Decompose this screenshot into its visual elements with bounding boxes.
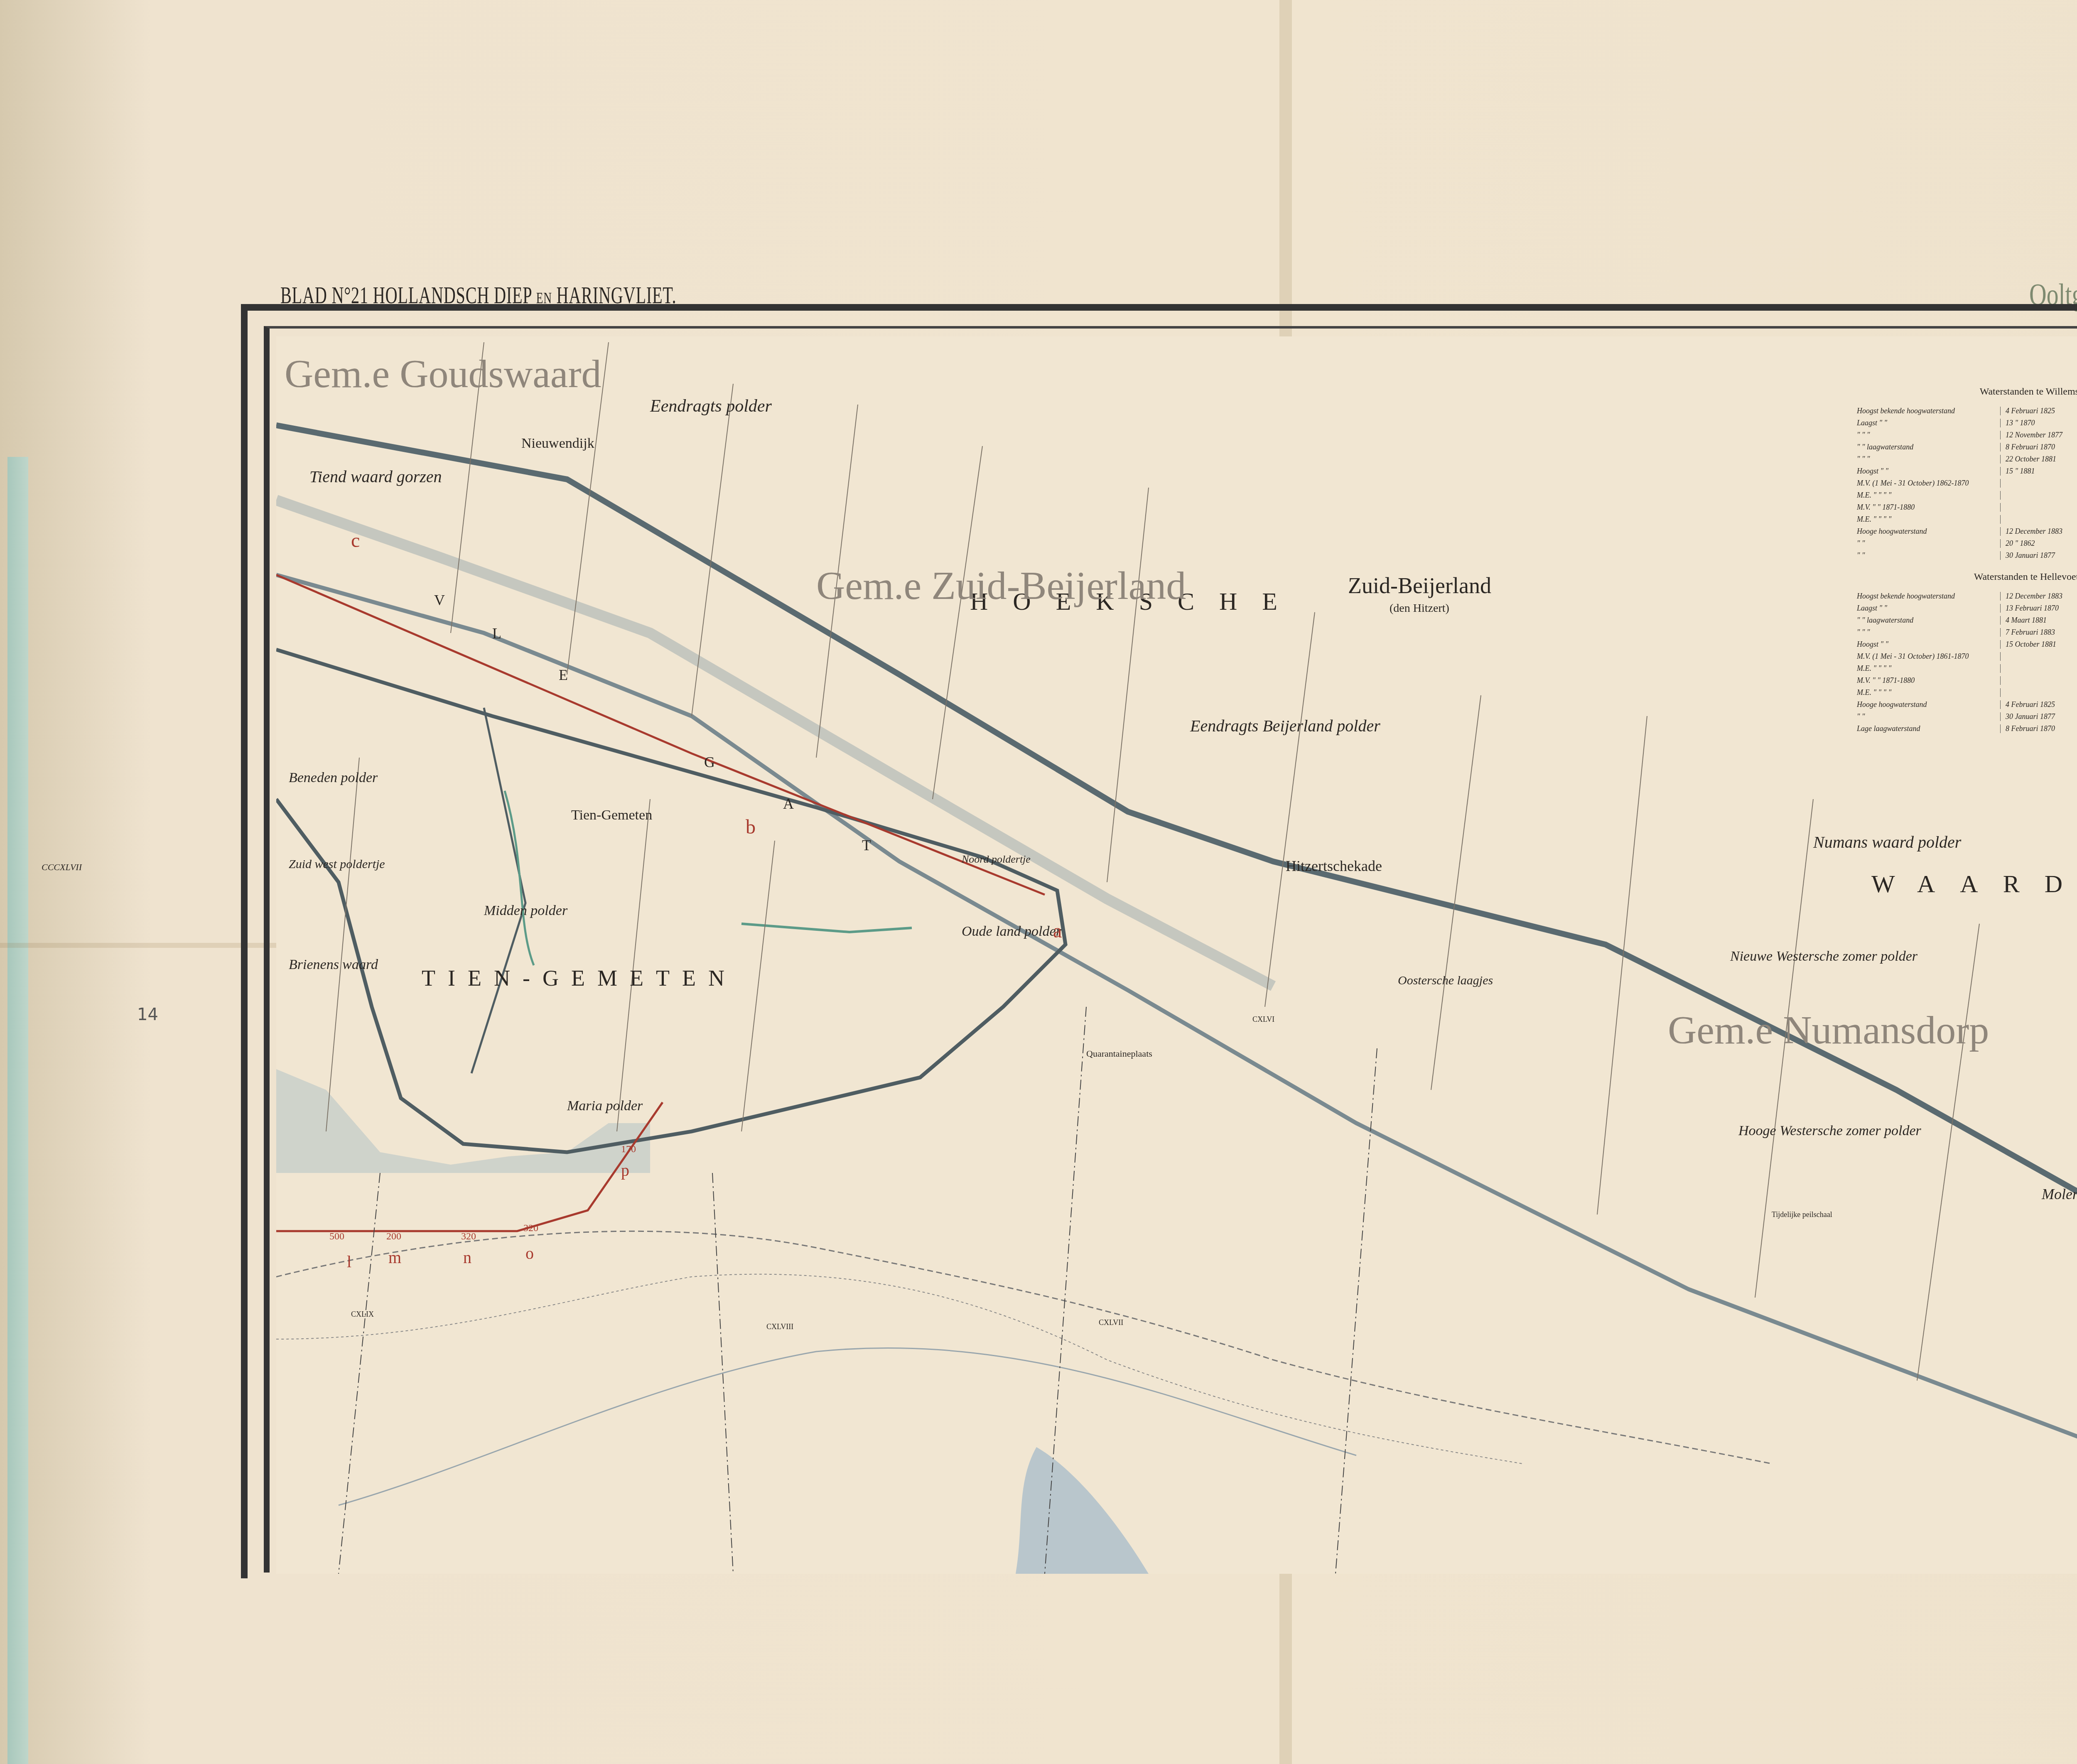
map-sheet: BLAD N°21 HOLLANDSCH DIEP EN HARINGVLIET… — [0, 0, 2077, 1764]
peilschaal-label: Tijdelijke peilschaal — [1772, 1210, 1832, 1219]
water-level-table-willemstad: Waterstanden te Willemstad Hoogst bekend… — [1857, 386, 2077, 735]
river-letter: V — [434, 591, 445, 609]
region-label-zuid-beijerland: Zuid-Beijerland — [1348, 573, 1491, 599]
station-label: CXLIX — [351, 1310, 374, 1319]
polder-label: Noord poldertje — [962, 853, 1031, 866]
table-row: " " laagwaterstand4 Maart 18812.09 " - "… — [1857, 614, 2077, 626]
polder-label: Brienens waard — [289, 957, 378, 973]
conservation-tape-left — [7, 457, 28, 1764]
section-letter: m — [388, 1248, 401, 1267]
station-label: CXLVIII — [766, 1322, 793, 1331]
region-sublabel: (den Hitzert) — [1390, 602, 1449, 615]
section-letter: p — [621, 1160, 629, 1180]
polder-label: Beneden polder — [289, 770, 378, 786]
river-letter: E — [559, 666, 568, 684]
table-row: M.E. " " " "0.71 " - " " — [1857, 513, 2077, 525]
municipality-label: Gem.e Goudswaard — [285, 351, 601, 397]
municipality-label: Gem.e Numansdorp — [1668, 1007, 1989, 1053]
table-row: Hooge hoogwaterstand4 Februari 18253.14 … — [1857, 699, 2077, 711]
region-label-tien-gemeten: TIEN-GEMETEN — [422, 965, 737, 991]
place-label: Quarantaineplaats — [1086, 1048, 1152, 1059]
section-letter: l — [347, 1252, 351, 1271]
section-value: 200 — [386, 1231, 401, 1242]
polder-label: Maria polder — [567, 1098, 643, 1114]
polder-label: Tiend waard gorzen — [309, 467, 442, 486]
polder-label: Nieuwe Westersche zomer polder — [1730, 949, 1917, 964]
table-title: Waterstanden te Willemstad — [1857, 386, 2077, 397]
table-row: M.V. " " 1871-18800.99 " + " " — [1857, 675, 2077, 687]
place-label: Nieuwendijk — [521, 436, 594, 451]
map-area: Zuid-Beijerland (den Hitzert) HOEKSCHE W… — [276, 336, 2077, 1574]
table-row: " "30 Januari 18773.18 " + " " — [1857, 711, 2077, 723]
section-letter: c — [351, 529, 360, 552]
section-value: 170 — [621, 1144, 636, 1155]
polder-label: Zuid west poldertje — [289, 857, 385, 871]
place-label: Hitzertschekade — [1286, 857, 1382, 875]
polder-label: Eendragts polder — [650, 396, 772, 416]
pencil-number: 14 — [137, 1005, 158, 1024]
table-row: Hoogst bekende hoogwaterstand4 Februari … — [1857, 405, 2077, 417]
municipality-label: Gem.e Zuid-Beijerland — [816, 562, 1186, 608]
river-letter: L — [492, 625, 501, 642]
table-row: " " "12 November 18770.20 " - " " — [1857, 429, 2077, 441]
polder-label: Hooge Westersche zomer polder — [1738, 1123, 1921, 1139]
section-letter: o — [525, 1244, 534, 1263]
section-letter: n — [463, 1248, 471, 1267]
polder-label: Oostersche laagjes — [1398, 974, 1493, 988]
polder-label: Molen polder — [2042, 1185, 2077, 1203]
place-label: Tien-Gemeten — [571, 807, 652, 823]
section-value: 500 — [329, 1231, 344, 1242]
station-label: CXLVII — [1099, 1318, 1123, 1327]
section-value: 320 — [523, 1223, 538, 1234]
table-row: M.E. " " " "0.77 " - " " — [1857, 662, 2077, 675]
table-row: " " laagwaterstand8 Februari 18702.00 " … — [1857, 441, 2077, 453]
river-letter: A — [783, 795, 794, 812]
river-letter: G — [704, 753, 715, 771]
table-row: M.V. " " 1871-18801.28 " + " " — [1857, 501, 2077, 513]
section-value: 320 — [461, 1231, 476, 1242]
table-row: " "20 " 18623.30 " + " " — [1857, 537, 2077, 550]
table-row: M.E. " " " "0.74 " - " " — [1857, 687, 2077, 699]
table-row: M.E. " " " "0.77 " - " " — [1857, 489, 2077, 501]
table-row: " " "7 Februari 18832.09 " - " " — [1857, 626, 2077, 638]
margin-station: CCCXLVII — [42, 862, 82, 873]
table-row: Lage laagwaterstand8 Februari 18702.05 "… — [1857, 723, 2077, 735]
region-label-waard: WAARD — [1871, 870, 2077, 898]
table-row: Hoogst " "15 October 18811.97 " + " " — [1857, 638, 2077, 650]
section-letter: b — [746, 816, 756, 839]
river-letter: T — [862, 837, 871, 854]
table-row: Laagst " "13 Februari 18700.46 " - " " — [1857, 602, 2077, 614]
table-row: Hoogst " "15 " 18812.27 " + " " — [1857, 465, 2077, 477]
table-row: Hooge hoogwaterstand12 December 18833.53… — [1857, 525, 2077, 537]
table-row: M.V. (1 Mei - 31 October) 1861-18700.96 … — [1857, 650, 2077, 662]
table-row: M.V. (1 Mei - 31 October) 1862-18701.28 … — [1857, 477, 2077, 489]
station-label: CXLVI — [1252, 1015, 1274, 1024]
table-title: Waterstanden te Hellevoetsluis — [1857, 572, 2077, 583]
table-row: Laagst " "13 " 18700.20 " - " " — [1857, 417, 2077, 429]
polder-label: Midden polder — [484, 903, 567, 919]
table-row: " "30 Januari 18773.20 " + " " — [1857, 550, 2077, 562]
polder-label: Oude land polder — [962, 924, 1061, 940]
polder-label: Eendragts Beijerland polder — [1190, 716, 1380, 736]
section-letter: a — [1053, 920, 1062, 942]
table-row: Hoogst bekende hoogwaterstand12 December… — [1857, 590, 2077, 602]
table-row: " " "22 October 18812.00 " - " " — [1857, 453, 2077, 465]
polder-label: Numans waard polder — [1813, 832, 1961, 852]
